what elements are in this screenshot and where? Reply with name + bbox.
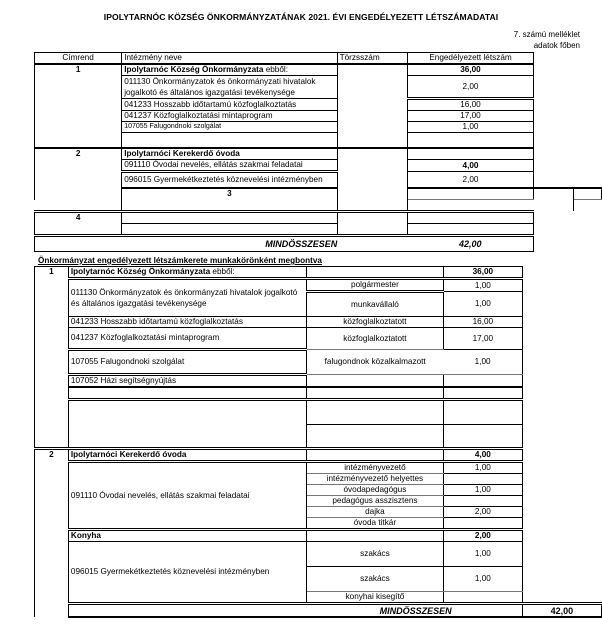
grand-total-row: MINDÖSSZESEN 42,00 <box>35 235 602 251</box>
row-name: 107055 Falugondnoki szolgálat <box>122 122 337 133</box>
table-row <box>35 387 602 400</box>
role-value <box>444 375 523 388</box>
role-name: konyhai kisegítő <box>306 592 443 604</box>
role-value <box>444 400 523 425</box>
col-header-torzsszam: Törzsszám <box>337 53 407 65</box>
row-value <box>337 200 407 212</box>
group-number: 1 <box>35 64 122 148</box>
role-name: dajka <box>306 507 443 518</box>
group-total <box>407 148 533 160</box>
row-value: 1,00 <box>407 122 533 133</box>
row-name: 011130 Önkormányzatok és önkormányzati h… <box>68 279 306 317</box>
row-value <box>407 211 533 223</box>
role-cell <box>306 424 443 449</box>
group-number: 4 <box>35 211 122 235</box>
group-total: 36,00 <box>407 64 533 76</box>
row-value <box>573 188 601 200</box>
row-value: 17,00 <box>407 111 533 122</box>
row-value: 2,00 <box>407 76 533 99</box>
role-cell <box>306 400 443 425</box>
row-value <box>407 223 533 235</box>
torzsszam-cell <box>337 64 407 148</box>
role-value: 1,00 <box>444 292 523 317</box>
kitchen-title: Konyha <box>68 530 306 542</box>
role-name: közfoglalkoztatott <box>306 317 443 328</box>
group-title: Ipolytarnóc Község Önkormányzata ebből: <box>122 64 337 76</box>
table-row: 2 Ipolytarnóci Kerekerdő óvoda <box>35 148 602 160</box>
group-title: Ipolytarnóci Kerekerdő óvoda <box>122 148 337 160</box>
grand-total-label: MINDÖSSZESEN <box>68 604 522 618</box>
table-row: Konyha 2,00 <box>35 530 602 542</box>
col-header-letszam: Engedélyezett létszám <box>407 53 533 65</box>
role-value: 17,00 <box>444 328 523 350</box>
table-row: 041233 Hosszabb időtartamú közfoglalkozt… <box>35 317 602 328</box>
table-row <box>35 400 602 425</box>
role-value <box>444 592 523 604</box>
table-row: 1 Ipolytarnóc Község Önkormányzata ebből… <box>35 267 602 279</box>
row-name <box>407 188 533 200</box>
kitchen-total: 2,00 <box>444 530 523 542</box>
group-title: Ipolytarnóci Kerekerdő óvoda <box>68 449 306 462</box>
table-row: 091110 Óvodai nevelés, ellátás szakmai f… <box>35 462 602 474</box>
role-value <box>444 424 523 449</box>
role-value: 1,00 <box>444 279 523 292</box>
role-value <box>444 518 523 530</box>
role-name: falugondnok közalkalmazott <box>306 350 443 375</box>
torzsszam-cell <box>337 211 407 235</box>
row-name: 041237 Közfoglalkoztatási mintaprogram <box>68 328 306 350</box>
row-name <box>68 387 306 400</box>
role-value <box>444 474 523 485</box>
row-name: 096015 Gyermekétkeztetés köznevelési int… <box>68 542 306 604</box>
role-name: szakács <box>306 542 443 567</box>
role-value: 16,00 <box>444 317 523 328</box>
row-name: 041233 Hosszabb időtartamú közfoglalkozt… <box>122 99 337 111</box>
group-number: 3 <box>122 188 337 211</box>
role-value: 1,00 <box>444 462 523 474</box>
role-value: 1,00 <box>444 485 523 496</box>
role-name: óvoda titkár <box>306 518 443 530</box>
grand-total-row: MINDÖSSZESEN 42,00 <box>35 604 602 618</box>
table-header-row: Címrend Intézmény neve Törzsszám Engedél… <box>35 53 602 65</box>
col-header-cimrend: Címrend <box>35 53 122 65</box>
row-name: 107055 Falugondnoki szolgálat <box>68 350 306 375</box>
row-name <box>35 200 122 212</box>
role-value: 1,00 <box>444 567 523 592</box>
role-value <box>444 387 523 400</box>
table-row: 1 Ipolytarnóc Község Önkormányzata ebből… <box>35 64 602 76</box>
unit-label: adatok főben <box>534 41 580 50</box>
row-name: 107052 Házi segítségnyújtás <box>68 375 306 388</box>
role-cell <box>306 449 443 462</box>
role-name: szakács <box>306 567 443 592</box>
staff-by-role-table: 1 Ipolytarnóc Község Önkormányzata ebből… <box>34 266 602 618</box>
row-value: 2,00 <box>407 172 533 189</box>
role-name: munkavállaló <box>306 292 443 317</box>
group-total: 36,00 <box>444 267 523 279</box>
group-title: Ipolytarnóc Község Önkormányzata ebből: <box>68 267 306 279</box>
role-name: pedagógus asszisztens <box>306 496 443 507</box>
group-number: 2 <box>35 148 122 200</box>
role-value <box>444 496 523 507</box>
torzsszam-cell <box>534 188 573 211</box>
role-name: intézményvezető <box>306 462 443 474</box>
table-row: 107052 Házi segítségnyújtás <box>35 375 602 388</box>
staff-summary-table: Címrend Intézmény neve Törzsszám Engedél… <box>34 52 602 252</box>
row-value: 4,00 <box>407 160 533 172</box>
row-value <box>407 133 533 149</box>
grand-total-value: 42,00 <box>407 235 533 251</box>
torzsszam-cell <box>337 148 407 200</box>
row-name <box>122 223 337 235</box>
table-row: 107055 Falugondnoki szolgálat falugondno… <box>35 350 602 375</box>
table-row: 011130 Önkormányzatok és önkormányzati h… <box>35 279 602 292</box>
role-value: 1,00 <box>444 350 523 375</box>
role-name: polgármester <box>306 279 443 292</box>
role-cell <box>306 530 443 542</box>
row-value: 16,00 <box>407 99 533 111</box>
grand-total-label: MINDÖSSZESEN <box>35 235 408 251</box>
role-name: óvodapedagógus <box>306 485 443 496</box>
role-value: 1,00 <box>444 542 523 567</box>
group-number: 1 <box>35 267 69 449</box>
role-cell <box>306 267 443 279</box>
group-total: 4,00 <box>444 449 523 462</box>
group-number: 2 <box>35 449 69 618</box>
col-header-name: Intézmény neve <box>122 53 337 65</box>
table-row: 4 <box>35 211 602 223</box>
table-row: 041237 Közfoglalkoztatási mintaprogram k… <box>35 328 602 350</box>
table-row: 096015 Gyermekétkeztetés köznevelési int… <box>35 542 602 567</box>
document-title: IPOLYTARNÓC KÖZSÉG ÖNKORMÁNYZATÁNAK 2021… <box>0 12 602 22</box>
row-name <box>68 400 306 449</box>
row-name <box>122 211 337 223</box>
grand-total-value: 42,00 <box>522 604 601 618</box>
role-value: 2,00 <box>444 507 523 518</box>
row-name: 091110 Óvodai nevelés, ellátás szakmai f… <box>68 462 306 530</box>
role-name: intézményvezető helyettes <box>306 474 443 485</box>
row-name: 011130 Önkormányzatok és önkormányzati h… <box>122 76 337 99</box>
role-name: közfoglalkoztatott <box>306 328 443 350</box>
role-cell <box>306 375 443 388</box>
role-cell <box>306 387 443 400</box>
row-name: 096015 Gyermekétkeztetés köznevelési int… <box>122 172 337 189</box>
annex-label: 7. számú melléklet <box>514 30 580 39</box>
row-name <box>122 133 337 149</box>
row-name: 041237 Közfoglalkoztatási mintaprogram <box>122 111 337 122</box>
section-heading: Önkormányzat engedélyezett létszámkerete… <box>38 256 322 265</box>
row-name: 041233 Hosszabb időtartamú közfoglalkozt… <box>68 317 306 328</box>
table-row: 2 Ipolytarnóci Kerekerdő óvoda 4,00 <box>35 449 602 462</box>
row-name: 091110 Óvodai nevelés, ellátás szakmai f… <box>122 160 337 172</box>
